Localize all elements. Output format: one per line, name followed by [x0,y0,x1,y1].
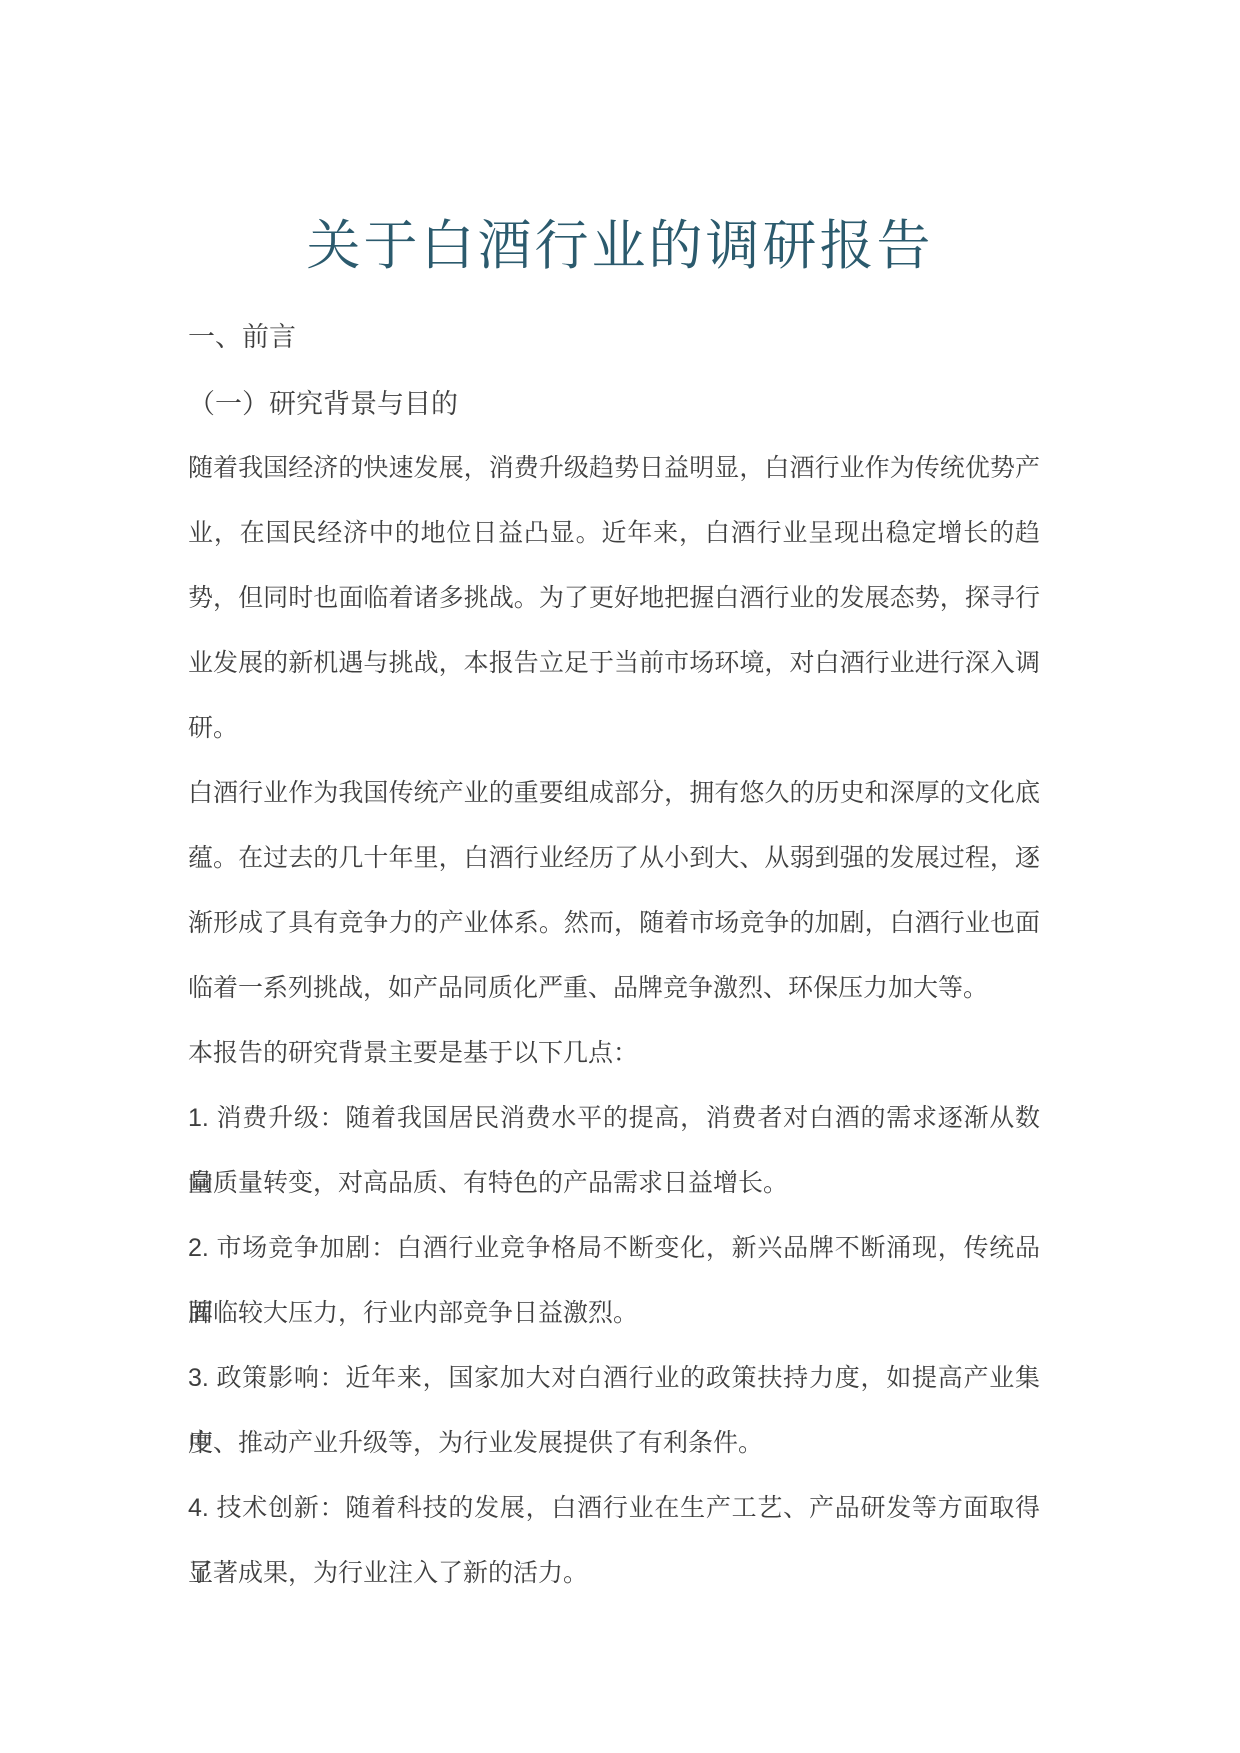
document-title: 关于白酒行业的调研报告 [0,209,1240,283]
subsection-heading-background: （一）研究背景与目的 [188,386,458,422]
document-page: 关于白酒行业的调研报告 一、前言 （一）研究背景与目的 随着我国经济的快速发展，… [0,0,1240,1753]
paragraph-intro: 随着我国经济的快速发展，消费升级趋势日益明显，白酒行业作为传统优势产 业，在国民… [188,436,1040,761]
body-line: 1. 消费升级：随着我国居民消费水平的提高，消费者对白酒的需求逐渐从数量 [188,1086,1040,1151]
body-line: 渐形成了具有竞争力的产业体系。然而，随着市场竞争的加剧，白酒行业也面 [188,891,1040,956]
section-heading-preface: 一、前言 [188,319,296,355]
body-line: 显著成果，为行业注入了新的活力。 [188,1541,1040,1606]
list-item-consumption-upgrade: 1. 消费升级：随着我国居民消费水平的提高，消费者对白酒的需求逐渐从数量 向质量… [188,1086,1040,1216]
paragraph-industry-history: 白酒行业作为我国传统产业的重要组成部分，拥有悠久的历史和深厚的文化底 蕴。在过去… [188,761,1040,1021]
body-text: 随着我国经济的快速发展，消费升级趋势日益明显，白酒行业作为传统优势产 业，在国民… [188,436,1040,1606]
body-line: 临着一系列挑战，如产品同质化严重、品牌竞争激烈、环保压力加大等。 [188,956,1040,1021]
body-line: 本报告的研究背景主要是基于以下几点： [188,1021,1040,1086]
body-line: 蕴。在过去的几十年里，白酒行业经历了从小到大、从弱到强的发展过程，逐 [188,826,1040,891]
paragraph-background-lead: 本报告的研究背景主要是基于以下几点： [188,1021,1040,1086]
list-item-market-competition: 2. 市场竞争加剧：白酒行业竞争格局不断变化，新兴品牌不断涌现，传统品牌 面临较… [188,1216,1040,1346]
body-line: 业，在国民经济中的地位日益凸显。近年来，白酒行业呈现出稳定增长的趋 [188,501,1040,566]
body-line: 白酒行业作为我国传统产业的重要组成部分，拥有悠久的历史和深厚的文化底 [188,761,1040,826]
body-line: 业发展的新机遇与挑战，本报告立足于当前市场环境，对白酒行业进行深入调 [188,631,1040,696]
list-item-policy-impact: 3. 政策影响：近年来，国家加大对白酒行业的政策扶持力度，如提高产业集中 度、推… [188,1346,1040,1476]
body-line: 研。 [188,696,1040,761]
body-line: 3. 政策影响：近年来，国家加大对白酒行业的政策扶持力度，如提高产业集中 [188,1346,1040,1411]
body-line: 2. 市场竞争加剧：白酒行业竞争格局不断变化，新兴品牌不断涌现，传统品牌 [188,1216,1040,1281]
body-line: 度、推动产业升级等，为行业发展提供了有利条件。 [188,1411,1040,1476]
list-item-tech-innovation: 4. 技术创新：随着科技的发展，白酒行业在生产工艺、产品研发等方面取得了 显著成… [188,1476,1040,1606]
body-line: 面临较大压力，行业内部竞争日益激烈。 [188,1281,1040,1346]
body-line: 随着我国经济的快速发展，消费升级趋势日益明显，白酒行业作为传统优势产 [188,436,1040,501]
body-line: 向质量转变，对高品质、有特色的产品需求日益增长。 [188,1151,1040,1216]
body-line: 势，但同时也面临着诸多挑战。为了更好地把握白酒行业的发展态势，探寻行 [188,566,1040,631]
body-line: 4. 技术创新：随着科技的发展，白酒行业在生产工艺、产品研发等方面取得了 [188,1476,1040,1541]
